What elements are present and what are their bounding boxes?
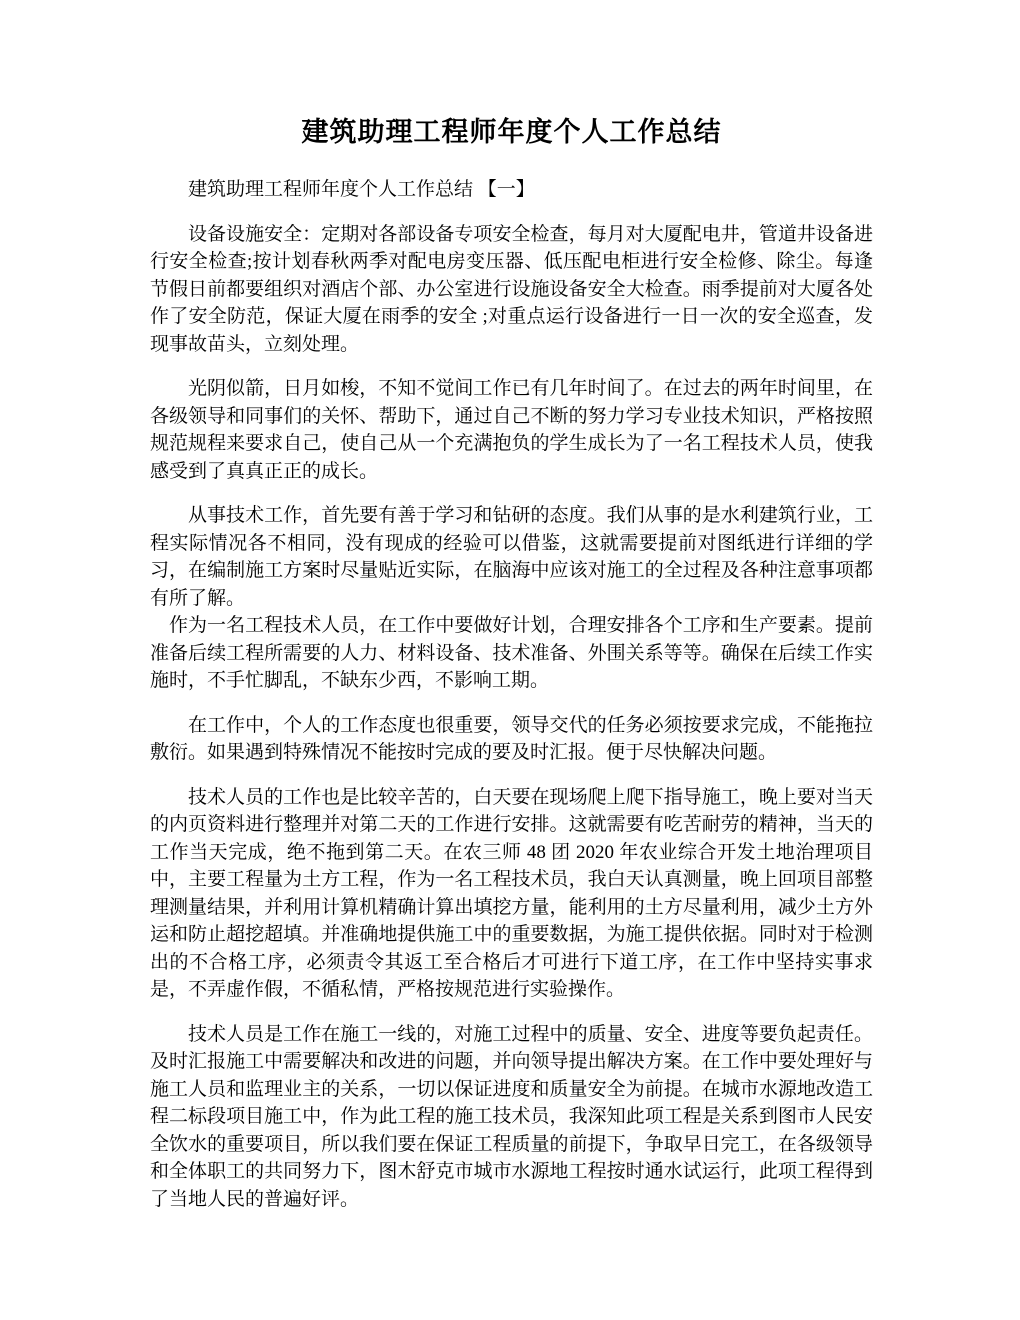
paragraph-frontline-responsibility: 技术人员是工作在施工一线的，对施工过程中的质量、安全、进度等要负起责任。及时汇报… xyxy=(150,1021,873,1214)
paragraph-time-flies: 光阴似箭，日月如梭，不知不觉间工作已有几年时间了。在过去的两年时间里，在各级领导… xyxy=(150,375,873,485)
document-title: 建筑助理工程师年度个人工作总结 xyxy=(150,112,873,152)
paragraph-planning: 作为一名工程技术人员，在工作中要做好计划，合理安排各个工序和生产要素。提前准备后… xyxy=(150,612,873,695)
paragraph-hard-work: 技术人员的工作也是比较辛苦的，白天要在现场爬上爬下指导施工，晚上要对当天的内页资… xyxy=(150,784,873,1004)
paragraph-technical-study: 从事技术工作，首先要有善于学习和钻研的态度。我们从事的是水利建筑行业，工程实际情… xyxy=(150,502,873,612)
paragraph-work-attitude: 在工作中，个人的工作态度也很重要，领导交代的任务必须按要求完成，不能拖拉敷衍。如… xyxy=(150,712,873,767)
paragraph-equipment-safety: 设备设施安全：定期对各部设备专项安全检查，每月对大厦配电井，管道井设备进行安全检… xyxy=(150,221,873,359)
document-page: 建筑助理工程师年度个人工作总结 建筑助理工程师年度个人工作总结 【一】 设备设施… xyxy=(0,0,1020,1320)
document-content: 建筑助理工程师年度个人工作总结 建筑助理工程师年度个人工作总结 【一】 设备设施… xyxy=(150,112,873,1213)
section-heading: 建筑助理工程师年度个人工作总结 【一】 xyxy=(150,176,873,204)
